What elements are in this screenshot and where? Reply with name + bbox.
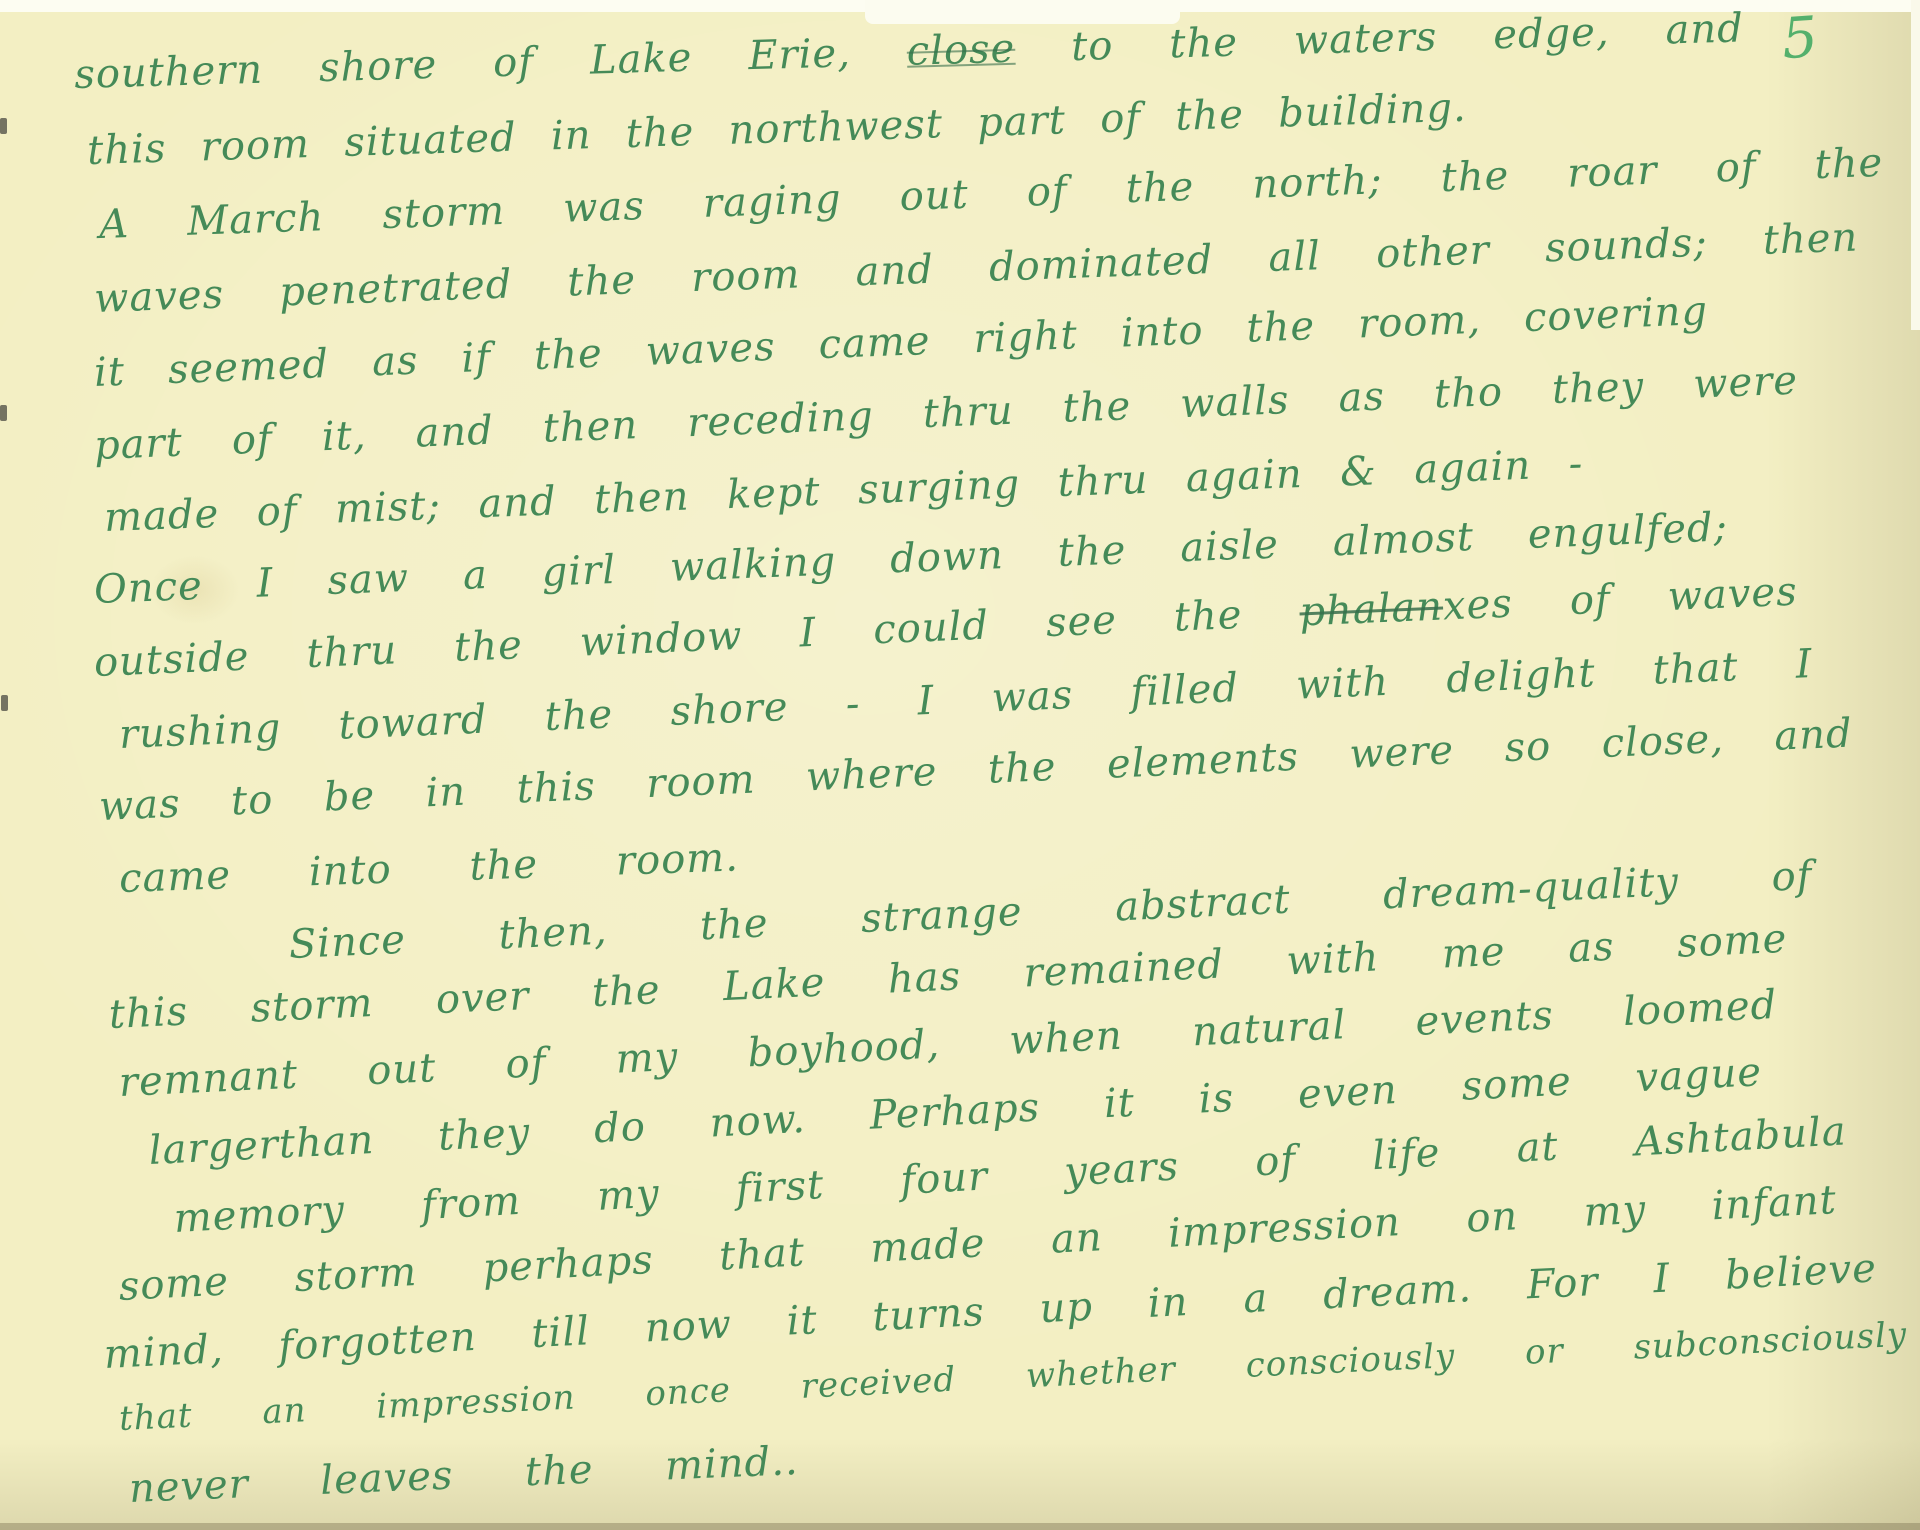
overwritten-word: close xyxy=(906,26,1016,75)
line-text: southern shore of Lake Erie, xyxy=(74,29,908,98)
scan-edge-mark xyxy=(1,695,8,711)
scan-edge-mark xyxy=(0,405,7,421)
scan-edge-bottom xyxy=(0,1523,1920,1530)
line-text: xes of waves xyxy=(1442,569,1798,630)
scan-edge-right xyxy=(1911,0,1920,330)
page-number: 5 xyxy=(1780,5,1820,72)
struck-word: phalan xyxy=(1299,584,1444,636)
manuscript-page: 5 southern shore of Lake Erie, close to … xyxy=(0,0,1920,1530)
scan-edge-notch xyxy=(865,0,1180,24)
scan-edge-mark xyxy=(0,118,7,134)
handwritten-line: never leaves the mind.. xyxy=(128,1438,799,1512)
handwritten-line: came into the room. xyxy=(118,834,739,902)
